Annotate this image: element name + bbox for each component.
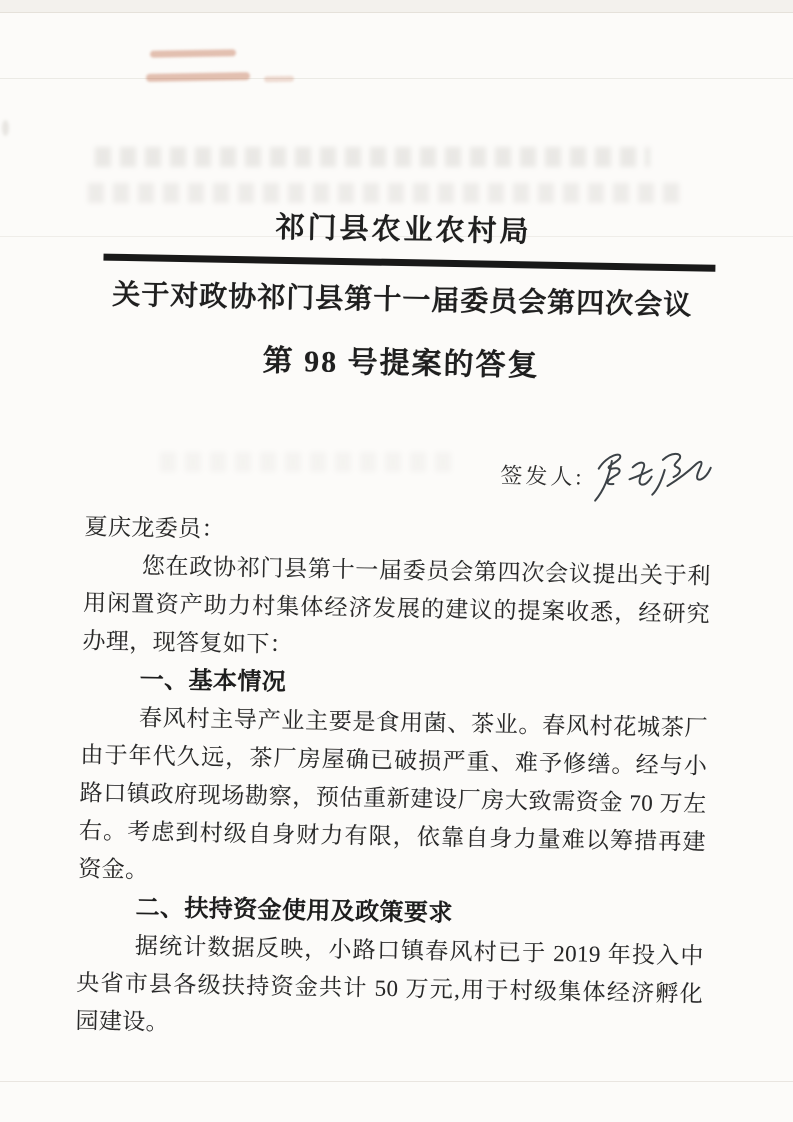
document-title-line1: 关于对政协祁门县第十一届委员会第四次会议: [88, 277, 716, 324]
paper-crease: [0, 1081, 793, 1082]
opening-paragraph: 您在政协祁门县第十一届委员会第四次会议提出关于利用闲置资产助力村集体经济发展的建…: [82, 546, 711, 671]
header-divider-rule: [103, 254, 715, 272]
issuer-label: 签发人:: [500, 458, 585, 491]
scanned-document-page: 祁门县农业农村局 关于对政协祁门县第十一届委员会第四次会议 第 98 号提案的答…: [0, 0, 793, 1122]
letter-body: 夏庆龙委员： 您在政协祁门县第十一届委员会第四次会议提出关于利用闲置资产助力村集…: [75, 508, 712, 1051]
issuing-organization-title: 祁门县农业农村局: [90, 206, 718, 253]
handwritten-signature-icon: [586, 442, 713, 506]
document-title-line2: 第 98 号提案的答复: [87, 339, 715, 388]
issuer-row: 签发人:: [85, 432, 713, 507]
section-2-paragraph: 据统计数据反映，小路口镇春风村已于 2019 年投入中央省市县各级扶持资金共计 …: [75, 926, 704, 1051]
section-1-paragraph: 春风村主导产业主要是食用菌、茶业。春风村花城茶厂由于年代久远，茶厂房屋确已破损严…: [78, 698, 708, 899]
document-content: 祁门县农业农村局 关于对政协祁门县第十一届委员会第四次会议 第 98 号提案的答…: [0, 0, 793, 1053]
